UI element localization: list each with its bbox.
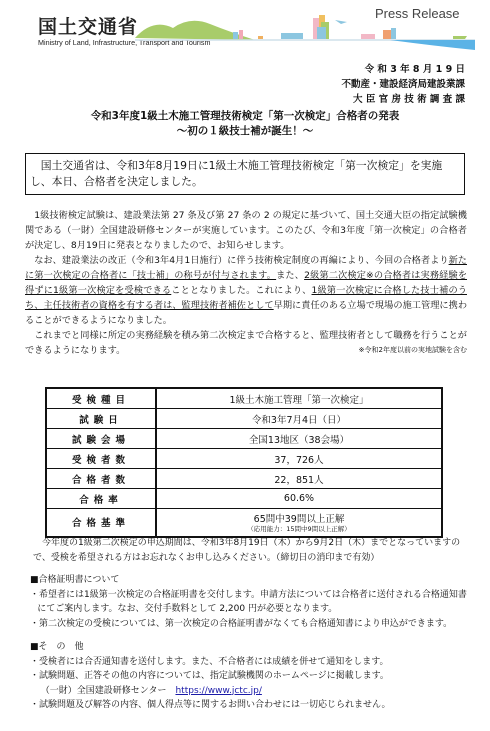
row-label: 受検種目 (46, 388, 156, 409)
press-release-label: Press Release (375, 6, 460, 21)
certificate-section: ■合格証明書について ・希望者には1級第一次検定の合格証明書を交付します。申請方… (30, 573, 475, 631)
org-link-line: （一財）全国建設研修センター https://www.jctc.jp/ (30, 684, 475, 699)
application-notice: 今年度の1級第二次検定の申込期間は、令和3年8月19日（木）から9月2日（木）ま… (33, 536, 473, 566)
list-item: ・試験問題、正答その他の内容については、指定試験機関のホームページに掲載します。 (30, 669, 475, 684)
row-value: 37，726人 (156, 449, 442, 469)
section-heading: ■合格証明書について (30, 573, 475, 588)
table-row: 試験会場全国13地区（38会場） (46, 429, 442, 449)
table-row: 合格率60.6% (46, 489, 442, 509)
text: こととなりました。これにより、 (171, 285, 311, 296)
org-name: （一財）全国建設研修センター (41, 686, 167, 696)
row-label: 合格基準 (46, 509, 156, 537)
row-label: 試験会場 (46, 429, 156, 449)
row-label: 受検者数 (46, 449, 156, 469)
section-heading: ■そ の 他 (30, 640, 475, 655)
text: なお、建設業法の改正（令和3年4月1日施行）に伴う技術検定制度の再編により、今回… (34, 255, 448, 266)
row-label: 合格率 (46, 489, 156, 509)
list-item: ・希望者には1級第一次検定の合格証明書を交付します。申請方法については合格者に送… (30, 588, 475, 617)
row-value: 1級土木施工管理「第一次検定」 (156, 388, 442, 409)
summary-box: 国土交通省は、令和3年8月19日に1級土木施工管理技術検定「第一次検定」を実施し… (25, 153, 465, 195)
pass-criteria: 65問中39問以上正解 (254, 514, 345, 525)
footnote: ※令和2年度以前の実地試験を含む (349, 343, 467, 358)
pass-criteria-sub: （応用能力：15問中9問以上正解） (157, 525, 441, 534)
list-item: ・受検者には合否通知書を送付します。また、不合格者には成績を併せて通知をします。 (30, 655, 475, 670)
table-row: 試験日令和3年7月4日（日） (46, 409, 442, 429)
row-value: 令和3年7月4日（日） (156, 409, 442, 429)
row-label: 試験日 (46, 409, 156, 429)
table-row: 受検種目1級土木施工管理「第一次検定」 (46, 388, 442, 409)
issuer-block: 令 和 3 年 8 月 1 9 日 不動産・建設経済局建設業課 大 臣 官 房 … (341, 62, 465, 107)
text: また、 (276, 270, 304, 281)
row-value: 60.6% (156, 489, 442, 509)
document-title: 令和3年度1級土木施工管理技術検定「第一次検定」合格者の発表 ～初の１級技士補が… (0, 109, 490, 139)
paragraph-reform: なお、建設業法の改正（令和3年4月1日施行）に伴う技術検定制度の再編により、今回… (25, 253, 467, 328)
table-row: 合格基準65問中39問以上正解（応用能力：15問中9問以上正解） (46, 509, 442, 537)
department-tech-survey: 大 臣 官 房 技 術 調 査 課 (341, 92, 465, 107)
release-date: 令 和 3 年 8 月 1 9 日 (341, 62, 465, 77)
table-row: 合格者数22，851人 (46, 469, 442, 489)
paragraph-exam-intro: 1級技術検定試験は、建設業法第 27 条及び第 27 条の 2 の規定に基づいて… (25, 208, 467, 253)
paragraph-second-exam: これまでと同様に所定の実務経験を積み第二次検定まで合格すると、監理技術者として職… (25, 328, 467, 358)
body-text: 1級技術検定試験は、建設業法第 27 条及び第 27 条の 2 の規定に基づいて… (25, 208, 467, 358)
row-value: 全国13地区（38会場） (156, 429, 442, 449)
list-item: ・第二次検定の受検については、第一次検定の合格証明書がなくても合格通知書により申… (30, 617, 475, 632)
department-construction: 不動産・建設経済局建設業課 (341, 77, 465, 92)
other-section: ■そ の 他 ・受検者には合否通知書を送付します。また、不合格者には成績を併せて… (30, 640, 475, 713)
title-sub: ～初の１級技士補が誕生！～ (0, 124, 490, 139)
row-label: 合格者数 (46, 469, 156, 489)
row-value: 22，851人 (156, 469, 442, 489)
title-main: 令和3年度1級土木施工管理技術検定「第一次検定」合格者の発表 (0, 109, 490, 124)
ministry-logo-jp: 国土交通省 (38, 12, 138, 39)
list-item: ・試験問題及び解答の内容、個人得点等に関するお問い合わせには一切応じられません。 (30, 698, 475, 713)
table-row: 受検者数37，726人 (46, 449, 442, 469)
row-value: 65問中39問以上正解（応用能力：15問中9問以上正解） (156, 509, 442, 537)
jctc-website-link[interactable]: https://www.jctc.jp/ (175, 686, 261, 696)
exam-results-table: 受検種目1級土木施工管理「第一次検定」 試験日令和3年7月4日（日） 試験会場全… (45, 387, 443, 538)
